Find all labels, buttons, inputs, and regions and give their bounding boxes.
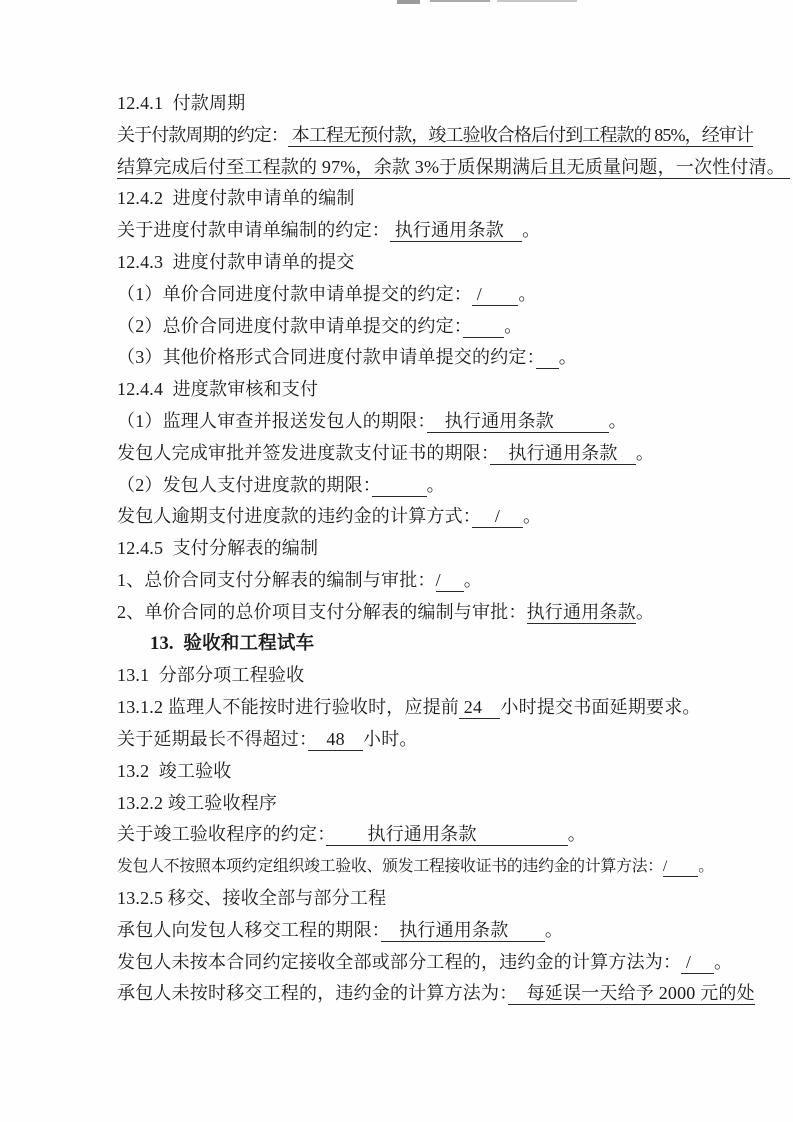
text-segment: 12.4.2 进度付款申请单的编制 [117, 188, 355, 208]
handover-deadline: 承包人向发包人移交工程的期限： 执行通用条款 。 [117, 915, 757, 947]
inspection-delay-notice: 13.1.2 监理人不能按时进行验收时，应提前 24 小时提交书面延期要求。 [117, 692, 757, 724]
text-segment: 13.2.5 移交、接收全部与部分工程 [117, 888, 386, 908]
text-segment: 13.1.2 监理人不能按时进行验收时，应提前 [117, 697, 459, 717]
text-segment: 发包人逾期支付进度款的违约金的计算方式： [117, 506, 472, 526]
clause-13-2-2-heading: 13.2.2 竣工验收程序 [117, 788, 757, 820]
text-segment: 。 [427, 475, 445, 495]
clause-13-2-5-heading: 13.2.5 移交、接收全部与部分工程 [117, 883, 757, 915]
lump-sum-breakdown: 1、总价合同支付分解表的编制与审批：/ 。 [117, 565, 757, 597]
text-segment: 。 [698, 858, 714, 875]
document-page: 12.4.1 付款周期关于付款周期的约定： 本工程无预付款，竣工验收合格后付到工… [0, 0, 793, 1122]
clause-12-4-4-heading: 12.4.4 进度款审核和支付 [117, 374, 757, 406]
fill-in-blank: / [663, 858, 698, 877]
document-body: 12.4.1 付款周期关于付款周期的约定： 本工程无预付款，竣工验收合格后付到工… [117, 88, 757, 1010]
text-segment: 发包人不按照本项约定组织竣工验收、颁发工程接收证书的违约金的计算方法： [117, 858, 663, 875]
fill-in-blank: / [436, 570, 464, 592]
overdue-payment-penalty: 发包人逾期支付进度款的违约金的计算方式： / 。 [117, 501, 757, 533]
progress-application-agreement: 关于进度付款申请单编制的约定： 执行通用条款 。 [117, 215, 757, 247]
text-segment: 。 [518, 284, 536, 304]
fill-in-blank: / [472, 284, 518, 306]
scan-artifact [430, 0, 490, 2]
fill-in-blank: 执行通用条款 [527, 602, 636, 624]
clause-13-2-heading: 13.2 竣工验收 [117, 756, 757, 788]
text-segment: 关于进度付款申请单编制的约定： [117, 220, 390, 240]
text-segment: （3）其他价格形式合同进度付款申请单提交的约定： [117, 347, 536, 367]
employer-payment-deadline: （2）发包人支付进度款的期限： 。 [117, 470, 757, 502]
employer-acceptance-penalty: 发包人不按照本项约定组织竣工验收、颁发工程接收证书的违约金的计算方法：/ 。 [117, 851, 757, 883]
text-segment: 12.4.1 付款周期 [117, 93, 245, 113]
scan-artifact [397, 0, 420, 4]
text-segment: 发包人未按本合同约定接收全部或部分工程的，违约金的计算方法为： [117, 952, 681, 972]
text-segment: 。 [523, 506, 541, 526]
fill-in-blank: 48 [308, 729, 363, 751]
supervisor-review-deadline: （1）监理人审查并报送发包人的期限： 执行通用条款 。 [117, 406, 757, 438]
clause-12-4-2-heading: 12.4.2 进度付款申请单的编制 [117, 183, 757, 215]
unit-price-breakdown: 2、单价合同的总价项目支付分解表的编制与审批：执行通用条款。 [117, 597, 757, 629]
clause-12-4-1-heading: 12.4.1 付款周期 [117, 88, 757, 120]
employer-approval-deadline: 发包人完成审批并签发进度款支付证书的期限： 执行通用条款 。 [117, 438, 757, 470]
section-13-heading: 13. 验收和工程试车 [117, 629, 757, 661]
fill-in-blank: / [472, 506, 523, 528]
text-segment: 13.1 分部分项工程验收 [117, 665, 304, 685]
text-segment: 关于付款周期的约定： [117, 125, 288, 145]
fill-in-blank: 执行通用条款 [390, 220, 522, 242]
text-segment: 13.2.2 竣工验收程序 [117, 793, 277, 813]
text-segment: 1、总价合同支付分解表的编制与审批： [117, 570, 436, 590]
fill-in-blank: 执行通用条款 [490, 443, 636, 465]
text-segment: 承包人向发包人移交工程的期限： [117, 920, 381, 940]
fill-in-blank: 执行通用条款 [427, 411, 609, 433]
completion-acceptance-agreement: 关于竣工验收程序的约定： 执行通用条款 。 [117, 819, 757, 851]
text-segment: 13. 验收和工程试车 [150, 634, 314, 654]
text-segment: 。 [568, 824, 586, 844]
other-price-submission: （3）其他价格形式合同进度付款申请单提交的约定： 。 [117, 342, 757, 374]
fill-in-blank: 本工程无预付款，竣工验收合格后付到工程款的 85%，经审计 [288, 125, 753, 147]
text-segment: 。 [636, 602, 654, 622]
text-segment: 13.2 竣工验收 [117, 761, 232, 781]
fill-in-blank: 执行通用条款 [326, 824, 567, 846]
fill-in-blank: / [681, 952, 714, 974]
clause-12-4-3-heading: 12.4.3 进度付款申请单的提交 [117, 247, 757, 279]
clause-12-4-5-heading: 12.4.5 支付分解表的编制 [117, 533, 757, 565]
text-segment: 小时。 [363, 729, 418, 749]
text-segment: 。 [522, 220, 540, 240]
scan-artifact [497, 0, 577, 2]
lump-sum-submission: （2）总价合同进度付款申请单提交的约定： 。 [117, 311, 757, 343]
text-segment: 12.4.5 支付分解表的编制 [117, 538, 318, 558]
text-segment: 。 [464, 570, 482, 590]
text-segment: 12.4.4 进度款审核和支付 [117, 379, 318, 399]
fill-in-blank: 执行通用条款 [381, 920, 545, 942]
text-segment: （2）发包人支付进度款的期限： [117, 475, 372, 495]
text-segment: 。 [636, 443, 654, 463]
payment-cycle-line-2: 结算完成后付至工程款的 97%，余款 3%于质保期满后且无质量问题，一次性付清。 [117, 152, 757, 184]
text-segment: 关于延期最长不得超过： [117, 729, 308, 749]
fill-in-blank [372, 475, 427, 497]
text-segment: （1）监理人审查并报送发包人的期限： [117, 411, 427, 431]
text-segment: 。 [714, 952, 732, 972]
clause-13-1-heading: 13.1 分部分项工程验收 [117, 660, 757, 692]
text-segment: 。 [609, 411, 627, 431]
fill-in-blank [463, 316, 504, 338]
text-segment: 。 [545, 920, 563, 940]
text-segment: 。 [504, 316, 522, 336]
employer-refusal-penalty: 发包人未按本合同约定接收全部或部分工程的，违约金的计算方法为： / 。 [117, 947, 757, 979]
payment-cycle-line-1: 关于付款周期的约定： 本工程无预付款，竣工验收合格后付到工程款的 85%，经审计 [117, 120, 757, 152]
unit-price-submission: （1）单价合同进度付款申请单提交的约定： / 。 [117, 279, 757, 311]
text-segment: 承包人未按时移交工程的，违约金的计算方法为： [117, 983, 508, 1003]
fill-in-blank [536, 347, 559, 369]
text-segment: （2）总价合同进度付款申请单提交的约定： [117, 316, 463, 336]
text-segment: 2、单价合同的总价项目支付分解表的编制与审批： [117, 602, 527, 622]
text-segment: 。 [559, 347, 577, 367]
fill-in-blank: 每延误一天给予 2000 元的处 [508, 983, 754, 1005]
text-segment: 关于竣工验收程序的约定： [117, 824, 326, 844]
text-segment: 发包人完成审批并签发进度款支付证书的期限： [117, 443, 490, 463]
text-segment: （1）单价合同进度付款申请单提交的约定： [117, 284, 472, 304]
contractor-handover-penalty: 承包人未按时移交工程的，违约金的计算方法为： 每延误一天给予 2000 元的处 [117, 978, 757, 1010]
fill-in-blank: 结算完成后付至工程款的 97%，余款 3%于质保期满后且无质量问题，一次性付清。 [117, 157, 790, 179]
fill-in-blank: 24 [459, 697, 500, 719]
max-delay-hours: 关于延期最长不得超过： 48 小时。 [117, 724, 757, 756]
text-segment: 小时提交书面延期要求。 [500, 697, 700, 717]
text-segment: 12.4.3 进度付款申请单的提交 [117, 252, 355, 272]
